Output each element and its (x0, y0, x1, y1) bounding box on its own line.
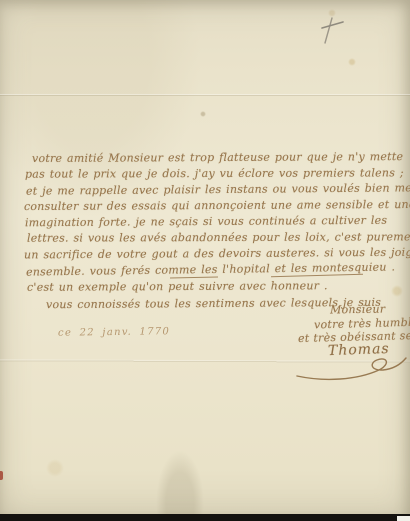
letter-photograph: votre amitié Monsieur est trop flatteuse… (0, 0, 410, 521)
pencil-cross-mark-icon (319, 15, 347, 47)
manuscript-line: pas tout le prix que je dois. j'ay vu éc… (25, 166, 404, 180)
photo-bottom-corner (397, 516, 410, 521)
fold-crease (0, 94, 410, 97)
signature-flourish-icon (295, 352, 409, 382)
photo-bottom-edge (0, 514, 410, 521)
manuscript-line: imagination forte. je ne sçais si vous c… (25, 214, 387, 230)
manuscript-line: un sacrifice de votre gout a des devoirs… (24, 246, 410, 262)
manuscript-line: votre amitié Monsieur est trop flatteuse… (32, 150, 403, 165)
closing-salutation: Monsieur (330, 303, 386, 317)
date-line: ce 22 janv. 1770 (58, 326, 170, 339)
manuscript-line: lettres. si vous les avés abandonnées po… (27, 230, 410, 244)
red-edge-mark (0, 471, 3, 480)
manuscript-line: c'est un exemple qu'on peut suivre avec … (27, 279, 328, 294)
manuscript-line: consulter sur des essais qui annonçoient… (24, 198, 410, 213)
